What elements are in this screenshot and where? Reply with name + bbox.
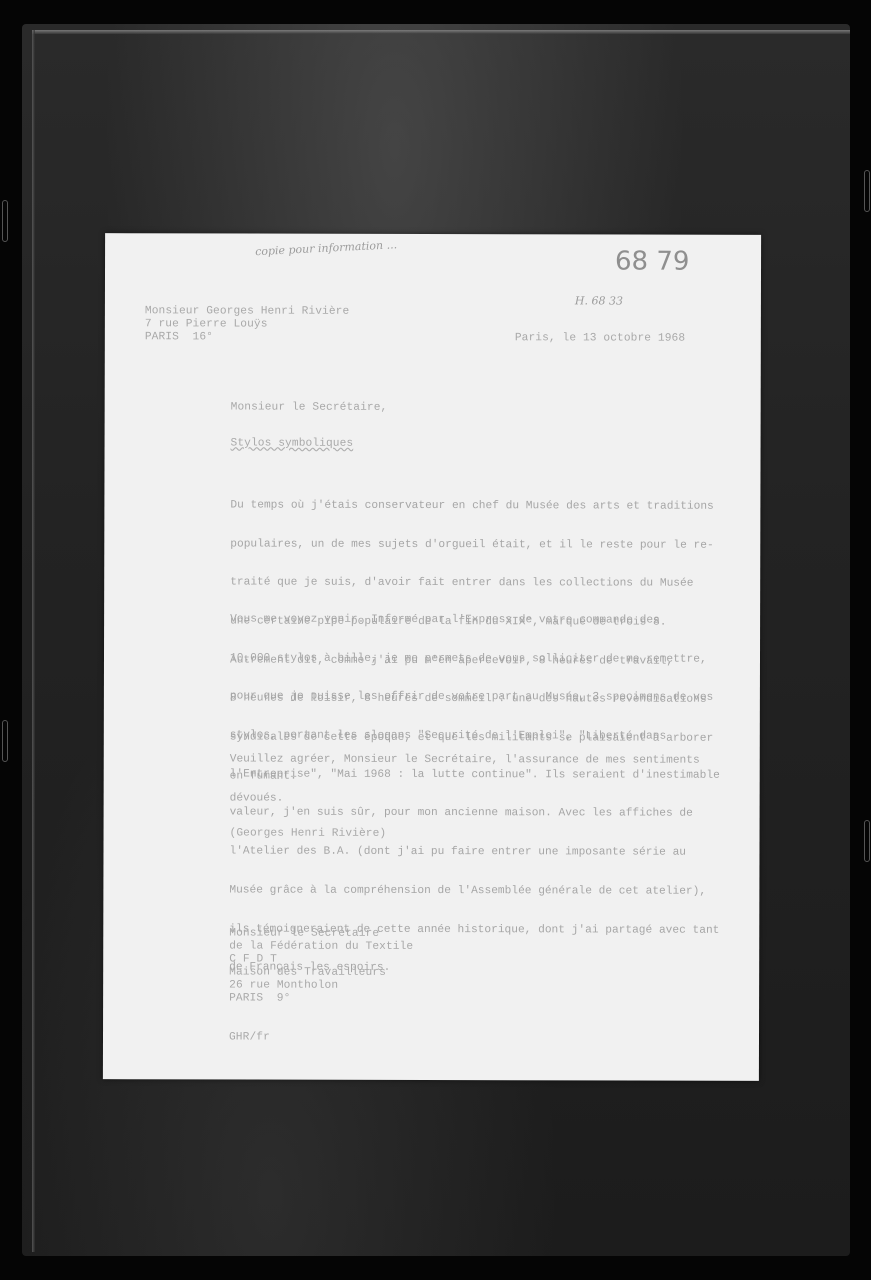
film-sprocket	[864, 820, 870, 862]
signature: (Georges Henri Rivière)	[230, 827, 387, 840]
text-line: populaires, un de mes sujets d'orgueil é…	[230, 538, 750, 552]
text-line: pour que je puisse les offrir de votre p…	[230, 691, 750, 705]
typist-initials: GHR/fr	[229, 1031, 270, 1044]
recipient-line: Maison des Travailleurs	[229, 966, 386, 979]
sender-city: PARIS 16°	[145, 331, 213, 344]
sender-street: 7 rue Pierre Louÿs	[145, 318, 268, 331]
recipient-line: PARIS 9°	[229, 992, 290, 1005]
text-line: dévoués.	[230, 792, 750, 806]
glass-plate-edge	[32, 30, 35, 1252]
recipient-line: C F D T	[229, 953, 277, 966]
text-line: Vous me voyez venir. Informé par l'Expre…	[230, 613, 750, 627]
recipient-line: Monsieur le Secrétaire	[229, 927, 379, 940]
handwritten-note: copie pour information ...	[255, 238, 398, 258]
closing-paragraph: Veuillez agréer, Monsieur le Secrétaire,…	[230, 727, 750, 832]
glass-plate-edge	[32, 30, 850, 34]
recipient-line: 26 rue Montholon	[229, 979, 338, 992]
salutation: Monsieur le Secrétaire,	[231, 401, 388, 414]
film-sprocket	[2, 720, 8, 762]
text-line: l'Atelier des B.A. (dont j'ai pu faire e…	[229, 846, 749, 860]
archive-number: 68 79	[615, 246, 690, 276]
film-sprocket	[864, 170, 870, 212]
text-line: Veuillez agréer, Monsieur le Secrétaire,…	[230, 753, 750, 767]
text-line: Du temps où j'étais conservateur en chef…	[230, 499, 750, 513]
text-line: 10.000 stylos à bille, je me permets de …	[230, 652, 750, 666]
recipient-line: de la Fédération du Textile	[229, 940, 413, 953]
reference-number: H. 68 33	[575, 294, 623, 307]
letter-page: copie pour information ... 68 79 H. 68 3…	[103, 233, 761, 1081]
sender-name: Monsieur Georges Henri Rivière	[145, 305, 349, 318]
text-line: Musée grâce à la compréhension de l'Asse…	[229, 884, 749, 898]
subject-line: Stylos symboliques	[231, 437, 354, 450]
date-line: Paris, le 13 octobre 1968	[515, 332, 685, 345]
film-sprocket	[2, 200, 8, 242]
